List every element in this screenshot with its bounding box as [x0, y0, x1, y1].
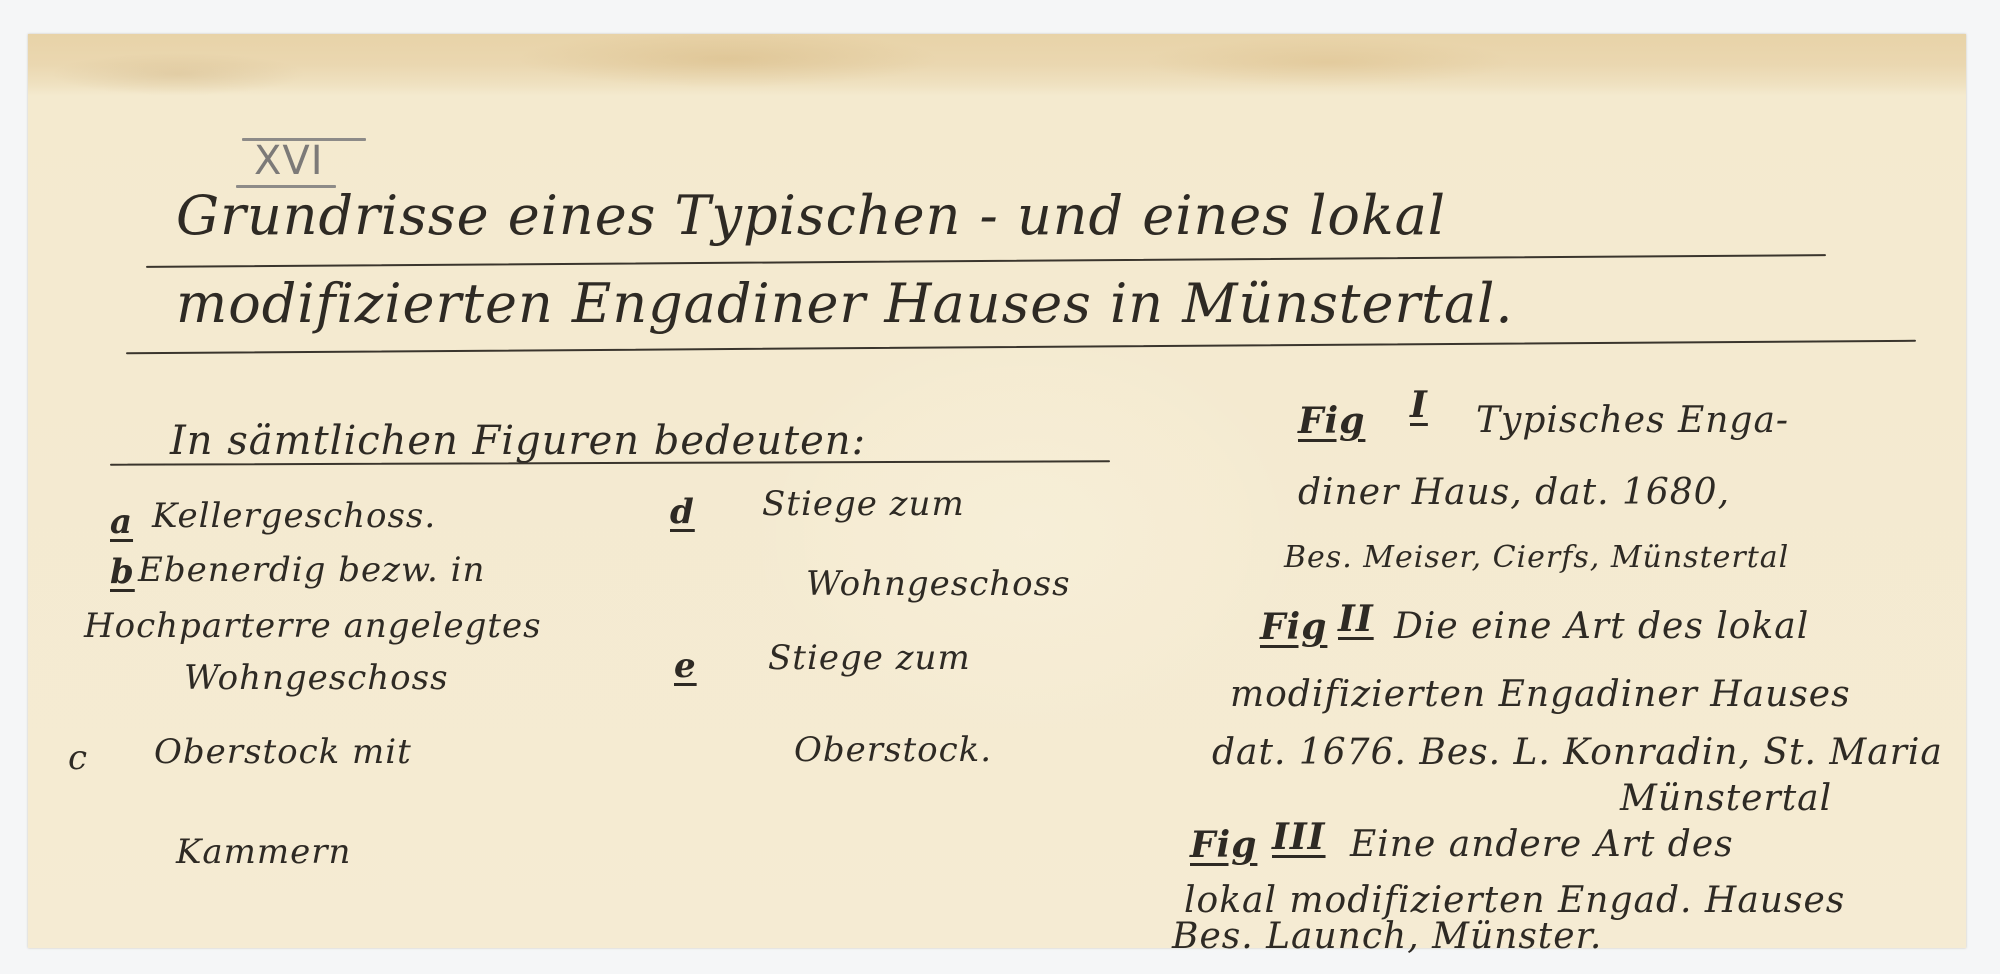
legend-text: Kellergeschoss. — [152, 496, 436, 536]
figure-numeral: II — [1338, 598, 1374, 640]
figure-label: Fig — [1190, 824, 1257, 866]
legend-text: Oberstock mit — [154, 732, 412, 772]
figure-text: modifizierten Engadiner Hauses — [1230, 674, 1851, 715]
figure-label: Fig — [1298, 400, 1365, 442]
figure-text: lokal modifizierten Engad. Hauses — [1184, 880, 1845, 921]
title-underline-2 — [126, 340, 1916, 354]
figure-numeral: III — [1272, 816, 1326, 858]
figure-text: diner Haus, dat. 1680, — [1298, 472, 1730, 513]
legend-text: Oberstock. — [794, 730, 992, 770]
figure-text: Typisches Enga- — [1476, 400, 1789, 441]
legend-key: b — [110, 552, 135, 592]
legend-key: d — [670, 492, 695, 532]
legend-text: Ebenerdig bezw. in — [138, 550, 485, 590]
title-line-1: Grundrisse eines Typischen - und eines l… — [176, 184, 1446, 247]
legend-key: a — [110, 502, 133, 542]
figure-text: Münstertal — [1620, 778, 1832, 819]
legend-key: e — [674, 646, 697, 686]
legend-text: Wohngeschoss — [184, 658, 449, 698]
legend-header: In sämtlichen Figuren bedeuten: — [170, 418, 866, 464]
figure-text: Bes. Launch, Münster. — [1172, 916, 1602, 957]
legend-key: c — [68, 738, 88, 778]
figure-text: Die eine Art des lokal — [1394, 606, 1809, 647]
legend-text: Kammern — [176, 832, 351, 872]
legend-text: Stiege zum — [762, 484, 965, 524]
figure-label: Fig — [1260, 606, 1327, 648]
handwritten-paper-sheet: XVI Grundrisse eines Typischen - und ein… — [28, 34, 1966, 948]
title-line-2: modifizierten Engadiner Hauses in Münste… — [176, 272, 1514, 335]
legend-text: Hochparterre angelegtes — [84, 606, 542, 646]
plate-number: XVI — [254, 138, 324, 184]
figure-text: Bes. Meiser, Cierfs, Münstertal — [1284, 540, 1789, 575]
figure-text: dat. 1676. Bes. L. Konradin, St. Maria — [1212, 732, 1943, 773]
figure-numeral: I — [1410, 384, 1428, 426]
title-underline-1 — [146, 254, 1826, 268]
legend-text: Wohngeschoss — [806, 564, 1071, 604]
legend-text: Stiege zum — [768, 638, 971, 678]
figure-text: Eine andere Art des — [1350, 824, 1734, 865]
